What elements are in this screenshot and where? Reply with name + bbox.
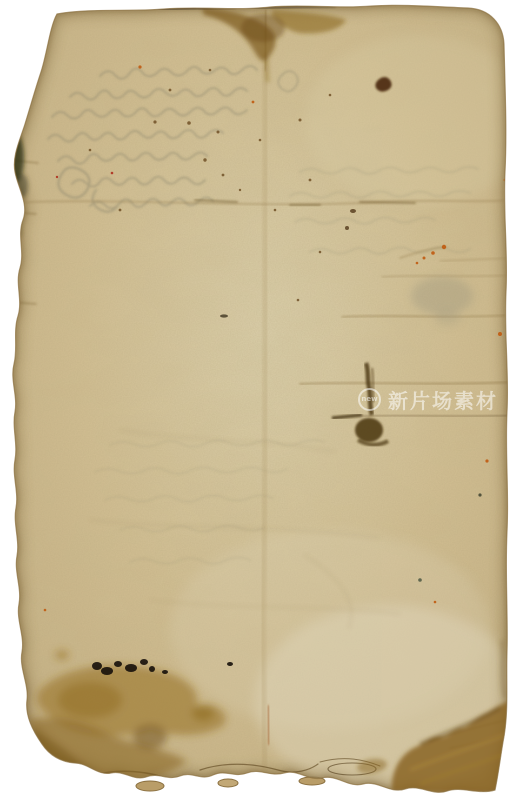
aged-paper-photo <box>0 0 521 800</box>
torn-fragments <box>136 777 325 791</box>
photo-canvas: new 新片场素材 <box>0 0 521 800</box>
